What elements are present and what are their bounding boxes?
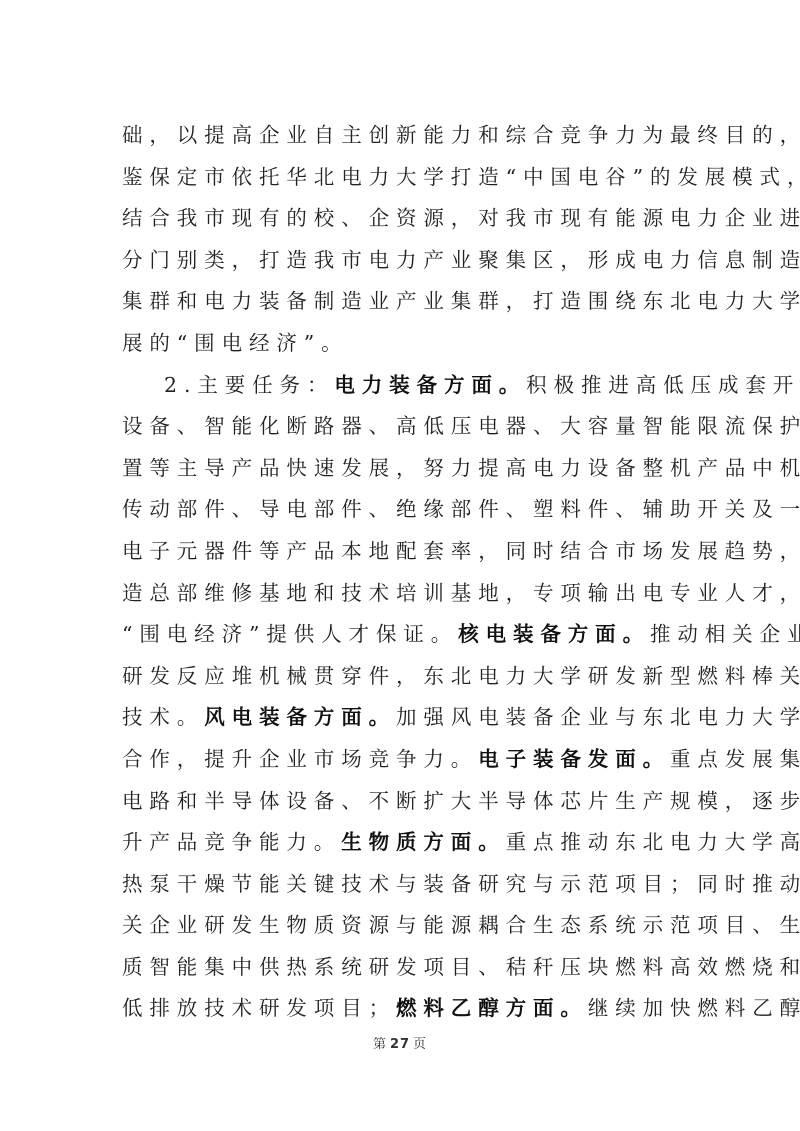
text-segment: 造总部维修基地和技术培训基地，专项输出电专业人才，为 xyxy=(122,581,800,605)
body-text: 础，以提高企业自主创新能力和综合竞争力为最终目的，借鉴保定市依托华北电力大学打造… xyxy=(122,115,682,1030)
text-line: 研发反应堆机械贯穿件，东北电力大学研发新型燃料棒关键 xyxy=(122,656,682,698)
text-line: 关企业研发生物质资源与能源耦合生态系统示范项目、生物 xyxy=(122,905,682,947)
text-line: 设备、智能化断路器、高低压电器、大容量智能限流保护装 xyxy=(122,406,682,448)
text-segment: 积极推进高低压成套开关 xyxy=(526,373,800,397)
text-segment: 技术。 xyxy=(122,705,204,729)
text-segment: 重点发展集成 xyxy=(670,747,800,771)
text-segment: 置等主导产品快速发展，努力提高电力设备整机产品中机械 xyxy=(122,456,800,480)
text-segment: 关企业研发生物质资源与能源耦合生态系统示范项目、生物 xyxy=(122,913,800,937)
text-line: 置等主导产品快速发展，努力提高电力设备整机产品中机械 xyxy=(122,448,682,490)
text-segment: 重点推动东北电力大学高温 xyxy=(506,830,800,854)
text-line: 展的“围电经济”。 xyxy=(122,323,682,365)
page-number: 第27页 xyxy=(0,1033,800,1052)
text-line: 传动部件、导电部件、绝缘部件、塑料件、辅助开关及一些 xyxy=(122,489,682,531)
text-line: 低排放技术研发项目；燃料乙醇方面。继续加快燃料乙醇玉 xyxy=(122,988,682,1030)
text-line: 热泵干燥节能关键技术与装备研究与示范项目；同时推动相 xyxy=(122,864,682,906)
text-line: 升产品竞争能力。生物质方面。重点推动东北电力大学高温 xyxy=(122,822,682,864)
text-line: 技术。风电装备方面。加强风电装备企业与东北电力大学的 xyxy=(122,697,682,739)
text-segment: 集群和电力装备制造业产业集群，打造围绕东北电力大学发 xyxy=(122,289,800,313)
text-line: 础，以提高企业自主创新能力和综合竞争力为最终目的，借 xyxy=(122,115,682,157)
text-segment: 传动部件、导电部件、绝缘部件、塑料件、辅助开关及一些 xyxy=(122,497,800,521)
text-segment: 2.主要任务： xyxy=(164,373,334,397)
section-heading: 电力装备方面。 xyxy=(334,373,526,397)
text-segment: 加强风电装备企业与东北电力大学的 xyxy=(396,705,800,729)
text-line: 2.主要任务：电力装备方面。积极推进高低压成套开关 xyxy=(122,365,682,407)
page-number-value: 27 xyxy=(390,1037,410,1052)
text-segment: 质智能集中供热系统研发项目、秸秆压块燃料高效燃烧和超 xyxy=(122,955,800,979)
text-segment: 低排放技术研发项目； xyxy=(122,996,396,1020)
text-segment: 鉴保定市依托华北电力大学打造“中国电谷”的发展模式， xyxy=(122,165,800,189)
text-line: 鉴保定市依托华北电力大学打造“中国电谷”的发展模式， xyxy=(122,157,682,199)
text-segment: 继续加快燃料乙醇玉 xyxy=(588,996,800,1020)
text-line: 质智能集中供热系统研发项目、秸秆压块燃料高效燃烧和超 xyxy=(122,947,682,989)
text-segment: 设备、智能化断路器、高低压电器、大容量智能限流保护装 xyxy=(122,414,800,438)
text-line: 分门别类，打造我市电力产业聚集区，形成电力信息制造业 xyxy=(122,240,682,282)
text-segment: “围电经济”提供人才保证。 xyxy=(122,622,458,646)
section-heading: 风电装备方面。 xyxy=(204,705,396,729)
text-segment: 结合我市现有的校、企资源，对我市现有能源电力企业进行 xyxy=(122,206,800,230)
page-number-suffix: 页 xyxy=(413,1037,427,1052)
text-segment: 础，以提高企业自主创新能力和综合竞争力为最终目的，借 xyxy=(122,123,800,147)
text-line: “围电经济”提供人才保证。核电装备方面。推动相关企业 xyxy=(122,614,682,656)
text-line: 电路和半导体设备、不断扩大半导体芯片生产规模，逐步提 xyxy=(122,781,682,823)
section-heading: 燃料乙醇方面。 xyxy=(396,996,588,1020)
document-page: 础，以提高企业自主创新能力和综合竞争力为最终目的，借鉴保定市依托华北电力大学打造… xyxy=(0,0,800,1131)
section-heading: 电子装备发面。 xyxy=(478,747,670,771)
text-line: 集群和电力装备制造业产业集群，打造围绕东北电力大学发 xyxy=(122,281,682,323)
page-number-prefix: 第 xyxy=(373,1037,387,1052)
text-segment: 电路和半导体设备、不断扩大半导体芯片生产规模，逐步提 xyxy=(122,789,800,813)
text-segment: 升产品竞争能力。 xyxy=(122,830,341,854)
text-segment: 研发反应堆机械贯穿件，东北电力大学研发新型燃料棒关键 xyxy=(122,664,800,688)
text-line: 结合我市现有的校、企资源，对我市现有能源电力企业进行 xyxy=(122,198,682,240)
section-heading: 生物质方面。 xyxy=(341,830,505,854)
text-segment: 推动相关企业 xyxy=(650,622,800,646)
text-segment: 热泵干燥节能关键技术与装备研究与示范项目；同时推动相 xyxy=(122,872,800,896)
section-heading: 核电装备方面。 xyxy=(458,622,650,646)
text-segment: 分门别类，打造我市电力产业聚集区，形成电力信息制造业 xyxy=(122,248,800,272)
text-line: 造总部维修基地和技术培训基地，专项输出电专业人才，为 xyxy=(122,573,682,615)
text-segment: 电子元器件等产品本地配套率，同时结合市场发展趋势，打 xyxy=(122,539,800,563)
text-line: 电子元器件等产品本地配套率，同时结合市场发展趋势，打 xyxy=(122,531,682,573)
text-segment: 合作，提升企业市场竞争力。 xyxy=(122,747,478,771)
text-line: 合作，提升企业市场竞争力。电子装备发面。重点发展集成 xyxy=(122,739,682,781)
text-segment: 展的“围电经济”。 xyxy=(122,331,349,355)
